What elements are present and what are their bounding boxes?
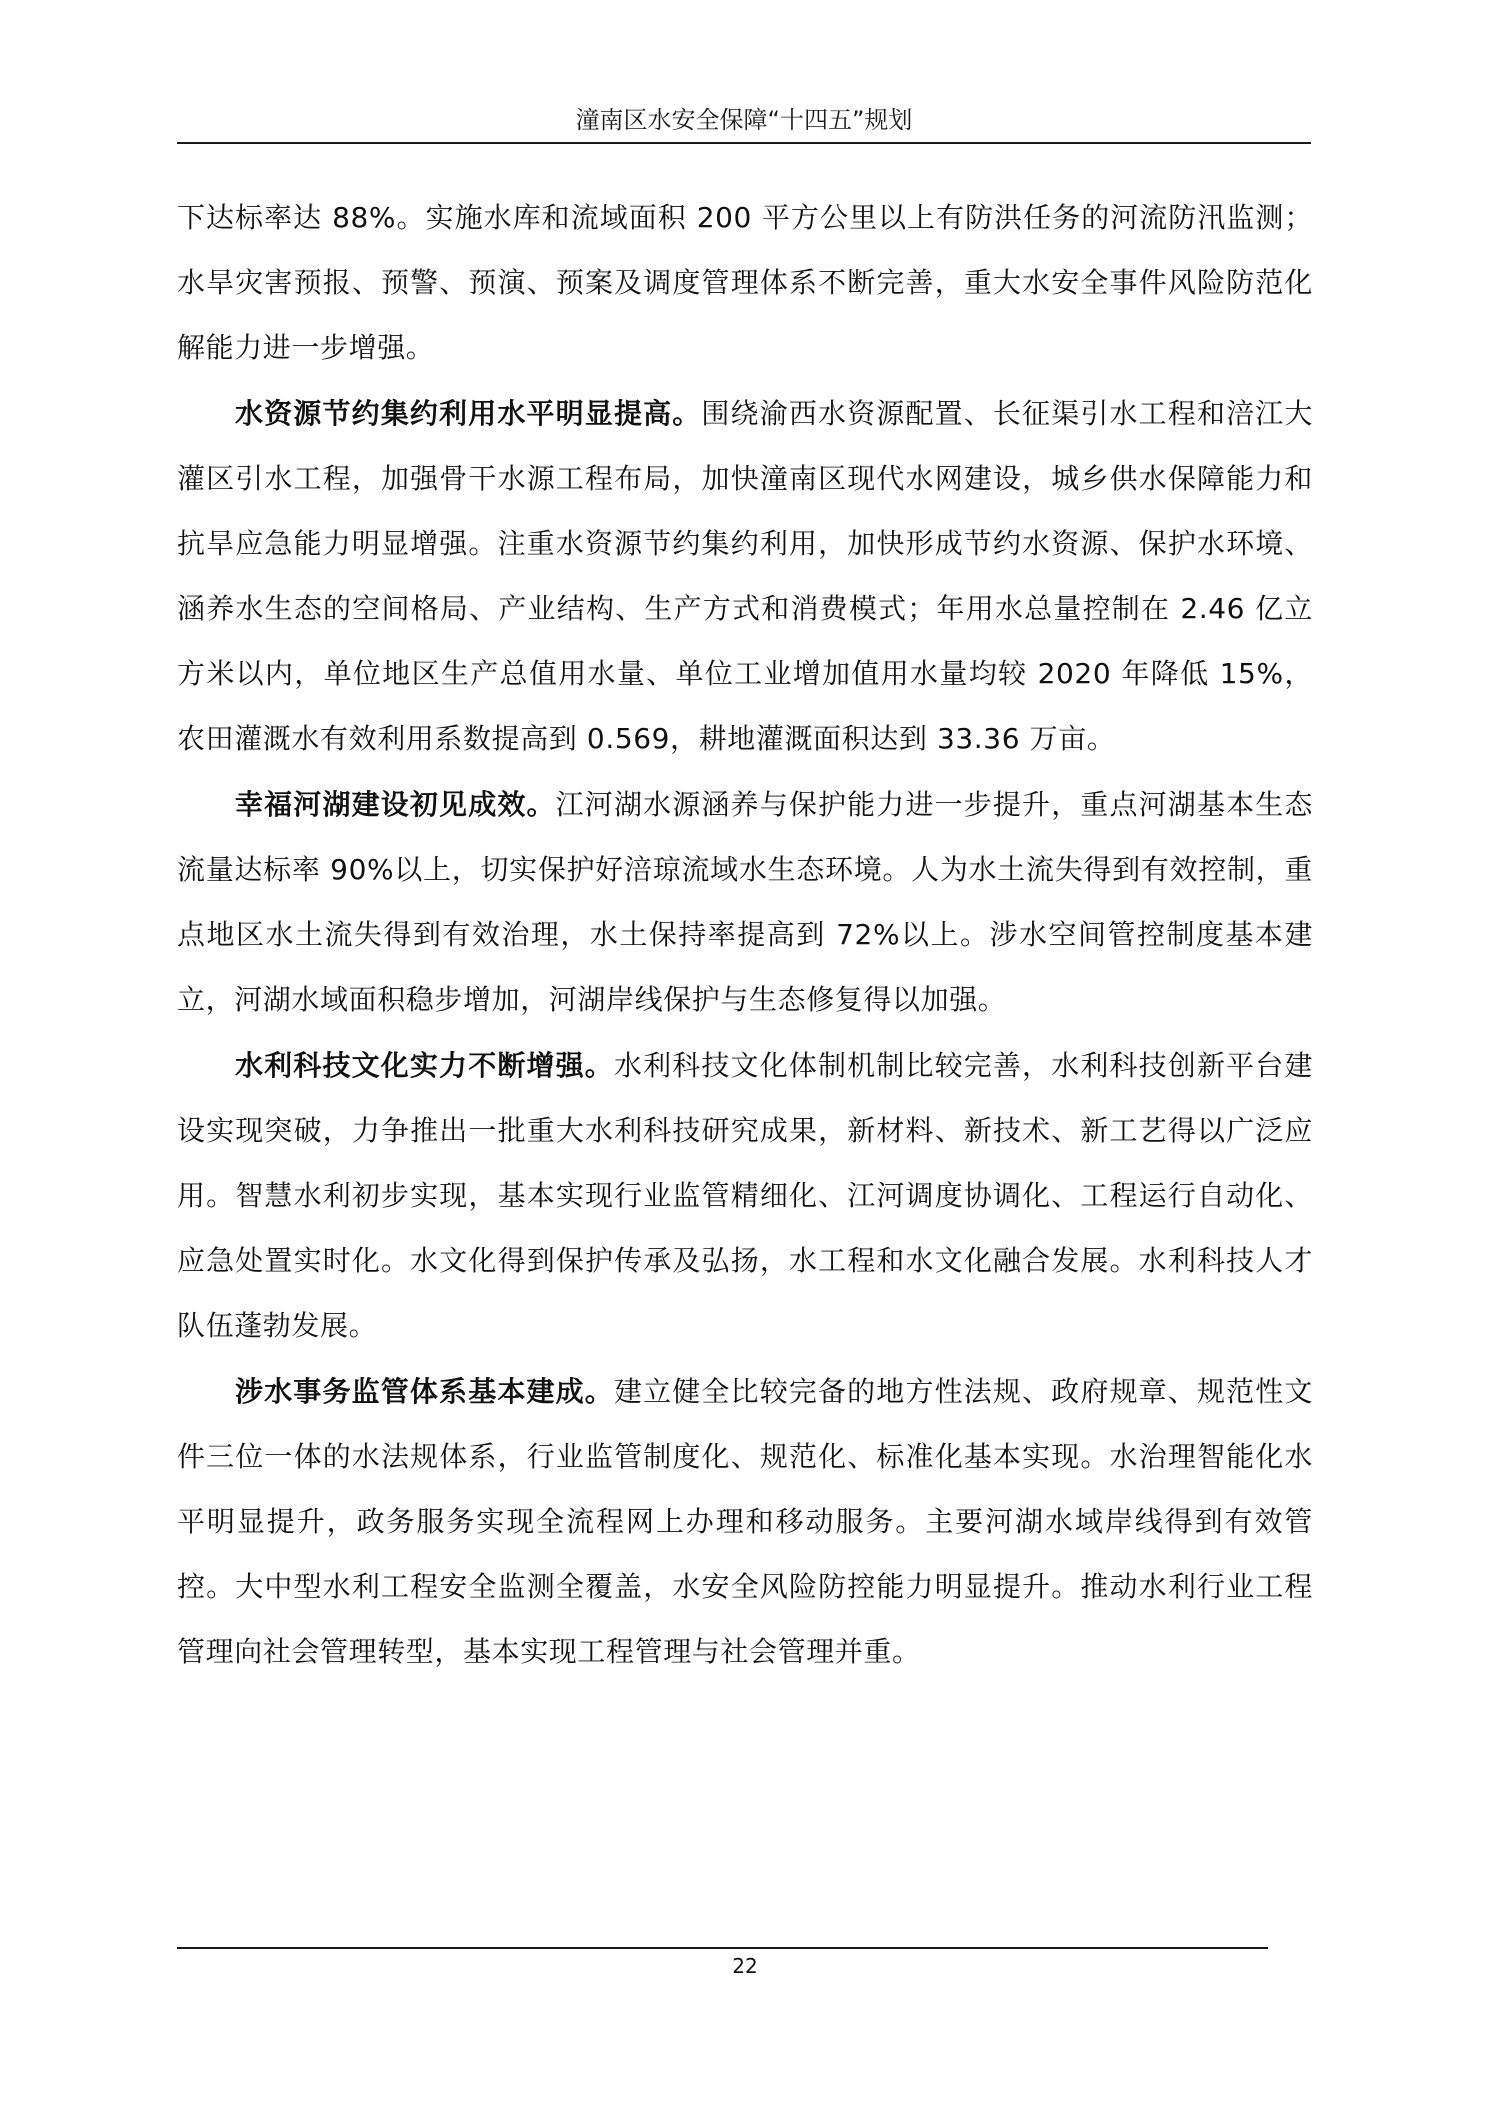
header-divider	[177, 142, 1311, 144]
paragraph-lead: 涉水事务监管体系基本建成。	[235, 1375, 614, 1408]
footer-divider	[177, 1947, 1268, 1949]
paragraph-text: 建立健全比较完备的地方性法规、政府规章、规范性文件三位一体的水法规体系，行业监管…	[177, 1375, 1313, 1668]
page-header: 潼南区水安全保障“十四五”规划	[177, 104, 1311, 136]
paragraph-text: 水利科技文化体制机制比较完善，水利科技创新平台建设实现突破，力争推出一批重大水利…	[177, 1049, 1313, 1342]
paragraph-text: 围绕渝西水资源配置、长征渠引水工程和涪江大灌区引水工程，加强骨干水源工程布局，加…	[177, 397, 1313, 755]
paragraph-flood-monitoring: 下达标率达 88%。实施水库和流域面积 200 平方公里以上有防洪任务的河流防汛…	[177, 185, 1313, 380]
paragraph-lead: 幸福河湖建设初见成效。	[235, 788, 556, 821]
paragraph-regulation-system: 涉水事务监管体系基本建成。建立健全比较完备的地方性法规、政府规章、规范性文件三位…	[177, 1359, 1313, 1684]
paragraph-tech-culture: 水利科技文化实力不断增强。水利科技文化体制机制比较完善，水利科技创新平台建设实现…	[177, 1033, 1313, 1358]
paragraph-happy-rivers-lakes: 幸福河湖建设初见成效。江河湖水源涵养与保护能力进一步提升，重点河湖基本生态流量达…	[177, 772, 1313, 1032]
paragraph-lead: 水利科技文化实力不断增强。	[235, 1049, 614, 1082]
paragraph-text: 江河湖水源涵养与保护能力进一步提升，重点河湖基本生态流量达标率 90%以上，切实…	[177, 788, 1313, 1016]
paragraph-text: 下达标率达 88%。实施水库和流域面积 200 平方公里以上有防洪任务的河流防汛…	[177, 201, 1313, 364]
paragraph-water-conservation: 水资源节约集约利用水平明显提高。围绕渝西水资源配置、长征渠引水工程和涪江大灌区引…	[177, 381, 1313, 771]
page-number: 22	[177, 1953, 1313, 1979]
paragraph-lead: 水资源节约集约利用水平明显提高。	[235, 397, 701, 430]
running-header-title: 潼南区水安全保障“十四五”规划	[576, 104, 913, 136]
document-body: 下达标率达 88%。实施水库和流域面积 200 平方公里以上有防洪任务的河流防汛…	[177, 185, 1313, 1685]
